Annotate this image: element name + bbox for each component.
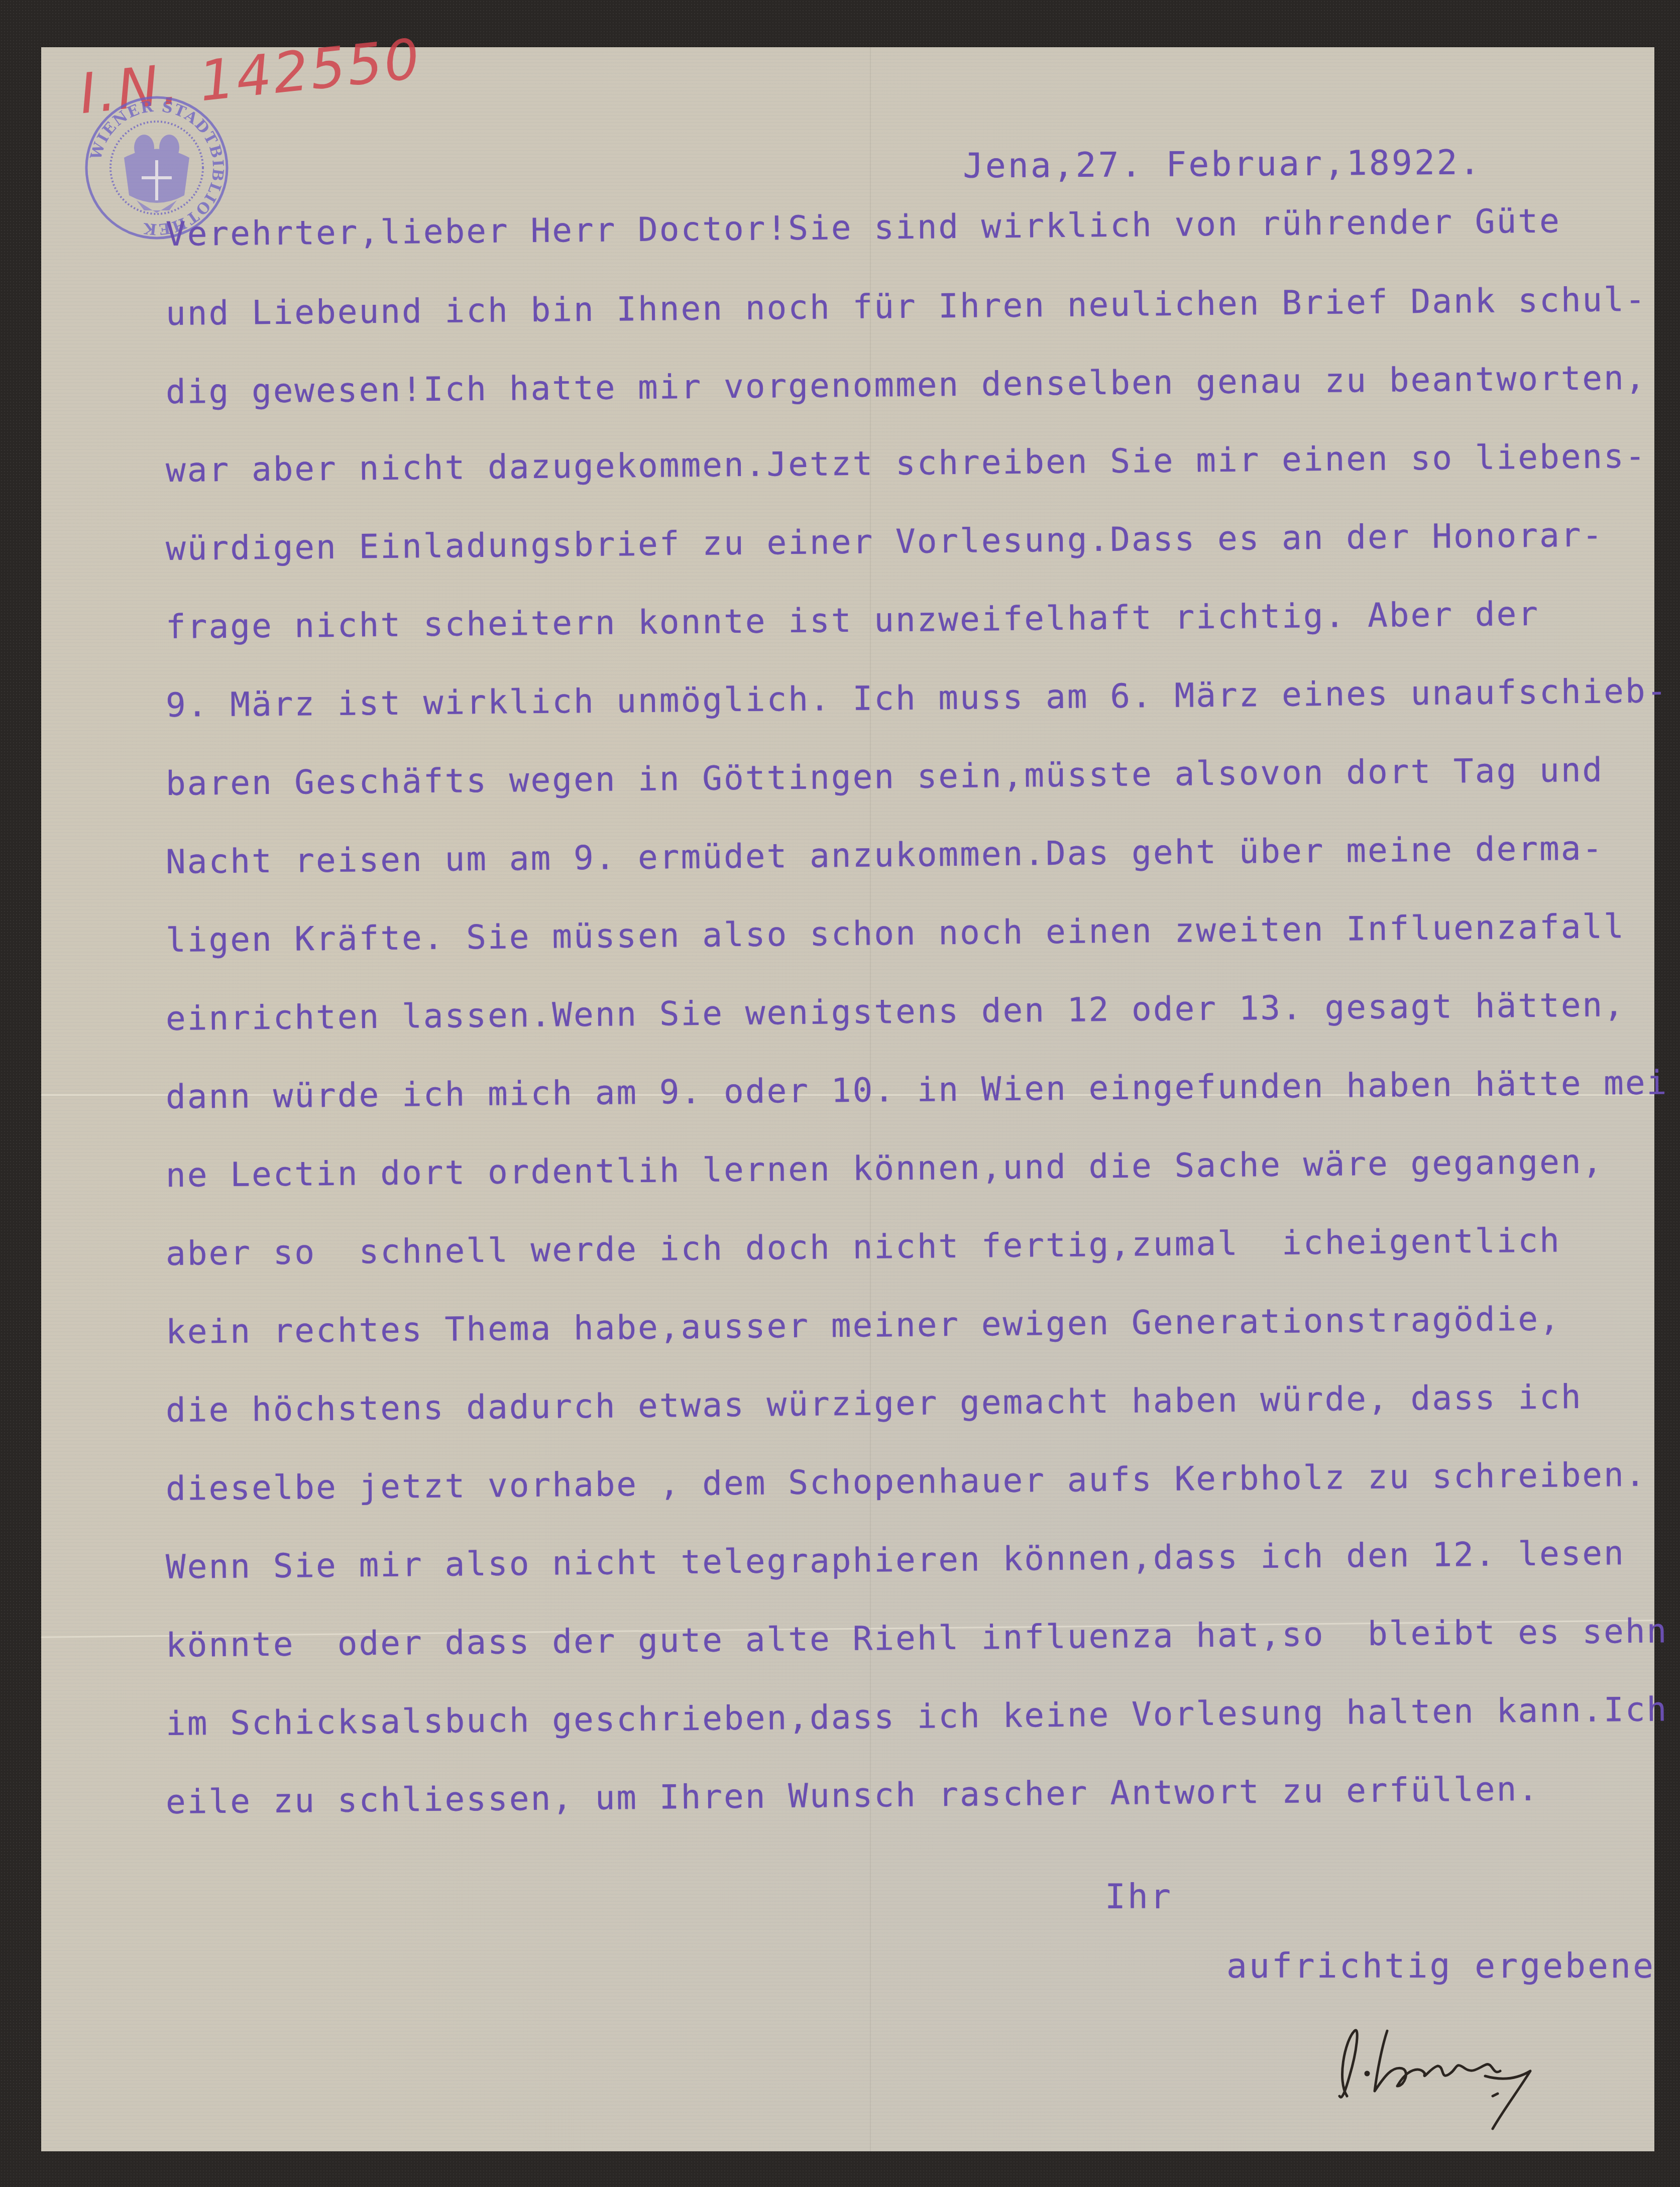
- body-line: dieselbe jetzt vorhabe , dem Schopenhaue…: [166, 1458, 1647, 1506]
- body-line: dann würde ich mich am 9. oder 10. in Wi…: [166, 1066, 1668, 1114]
- body-line: die höchstens dadurch etwas würziger gem…: [166, 1380, 1583, 1427]
- body-line: eile zu schliessen, um Ihren Wunsch rasc…: [166, 1773, 1540, 1819]
- body-line: frage nicht scheitern konnte ist unzweif…: [166, 598, 1540, 644]
- body-line: 9. März ist wirklich unmöglich. Ich muss…: [166, 674, 1668, 722]
- body-line: einrichten lassen.Wenn Sie wenigstens de…: [166, 988, 1626, 1035]
- body-line: Nacht reisen um am 9. ermüdet anzukommen…: [166, 832, 1604, 879]
- body-line: und Liebeund ich bin Ihnen noch für Ihre…: [166, 283, 1647, 330]
- body-line: baren Geschäfts wegen in Göttingen sein,…: [166, 754, 1604, 800]
- handwritten-signature: O. Lorenz: [1327, 2021, 1588, 2131]
- body-line: ligen Kräfte. Sie müssen also schon noch…: [166, 910, 1626, 957]
- date-line: Jena,27. Februar,18922.: [963, 146, 1482, 183]
- body-line: aber so schnell werde ich doch nicht fer…: [166, 1224, 1561, 1271]
- body-line: Wenn Sie mir also nicht telegraphieren k…: [166, 1537, 1626, 1584]
- body-line: kein rechtes Thema habe,ausser meiner ew…: [166, 1302, 1561, 1349]
- body-line: war aber nicht dazugekommen.Jetzt schrei…: [166, 440, 1647, 487]
- body-line: würdigen Einladungsbrief zu einer Vorles…: [166, 519, 1604, 565]
- body-line: im Schicksalsbuch geschrieben,dass ich k…: [166, 1693, 1668, 1741]
- body-line: ne Lectin dort ordentlih lernen können,u…: [166, 1145, 1604, 1192]
- closing-line-1: Ihr: [1105, 1880, 1173, 1914]
- letter-page: I.N. 142550 WIENER STADTBIBLIOTHEK Jena,…: [41, 47, 1654, 2151]
- body-line: Verehrter,lieber Herr Doctor!Sie sind wi…: [166, 204, 1561, 251]
- closing-line-2: aufrichtig ergebene: [1226, 1949, 1655, 1984]
- body-line: dig gewesen!Ich hatte mir vorgenommen de…: [166, 362, 1647, 409]
- body-line: könnte oder dass der gute alte Riehl inf…: [166, 1615, 1668, 1662]
